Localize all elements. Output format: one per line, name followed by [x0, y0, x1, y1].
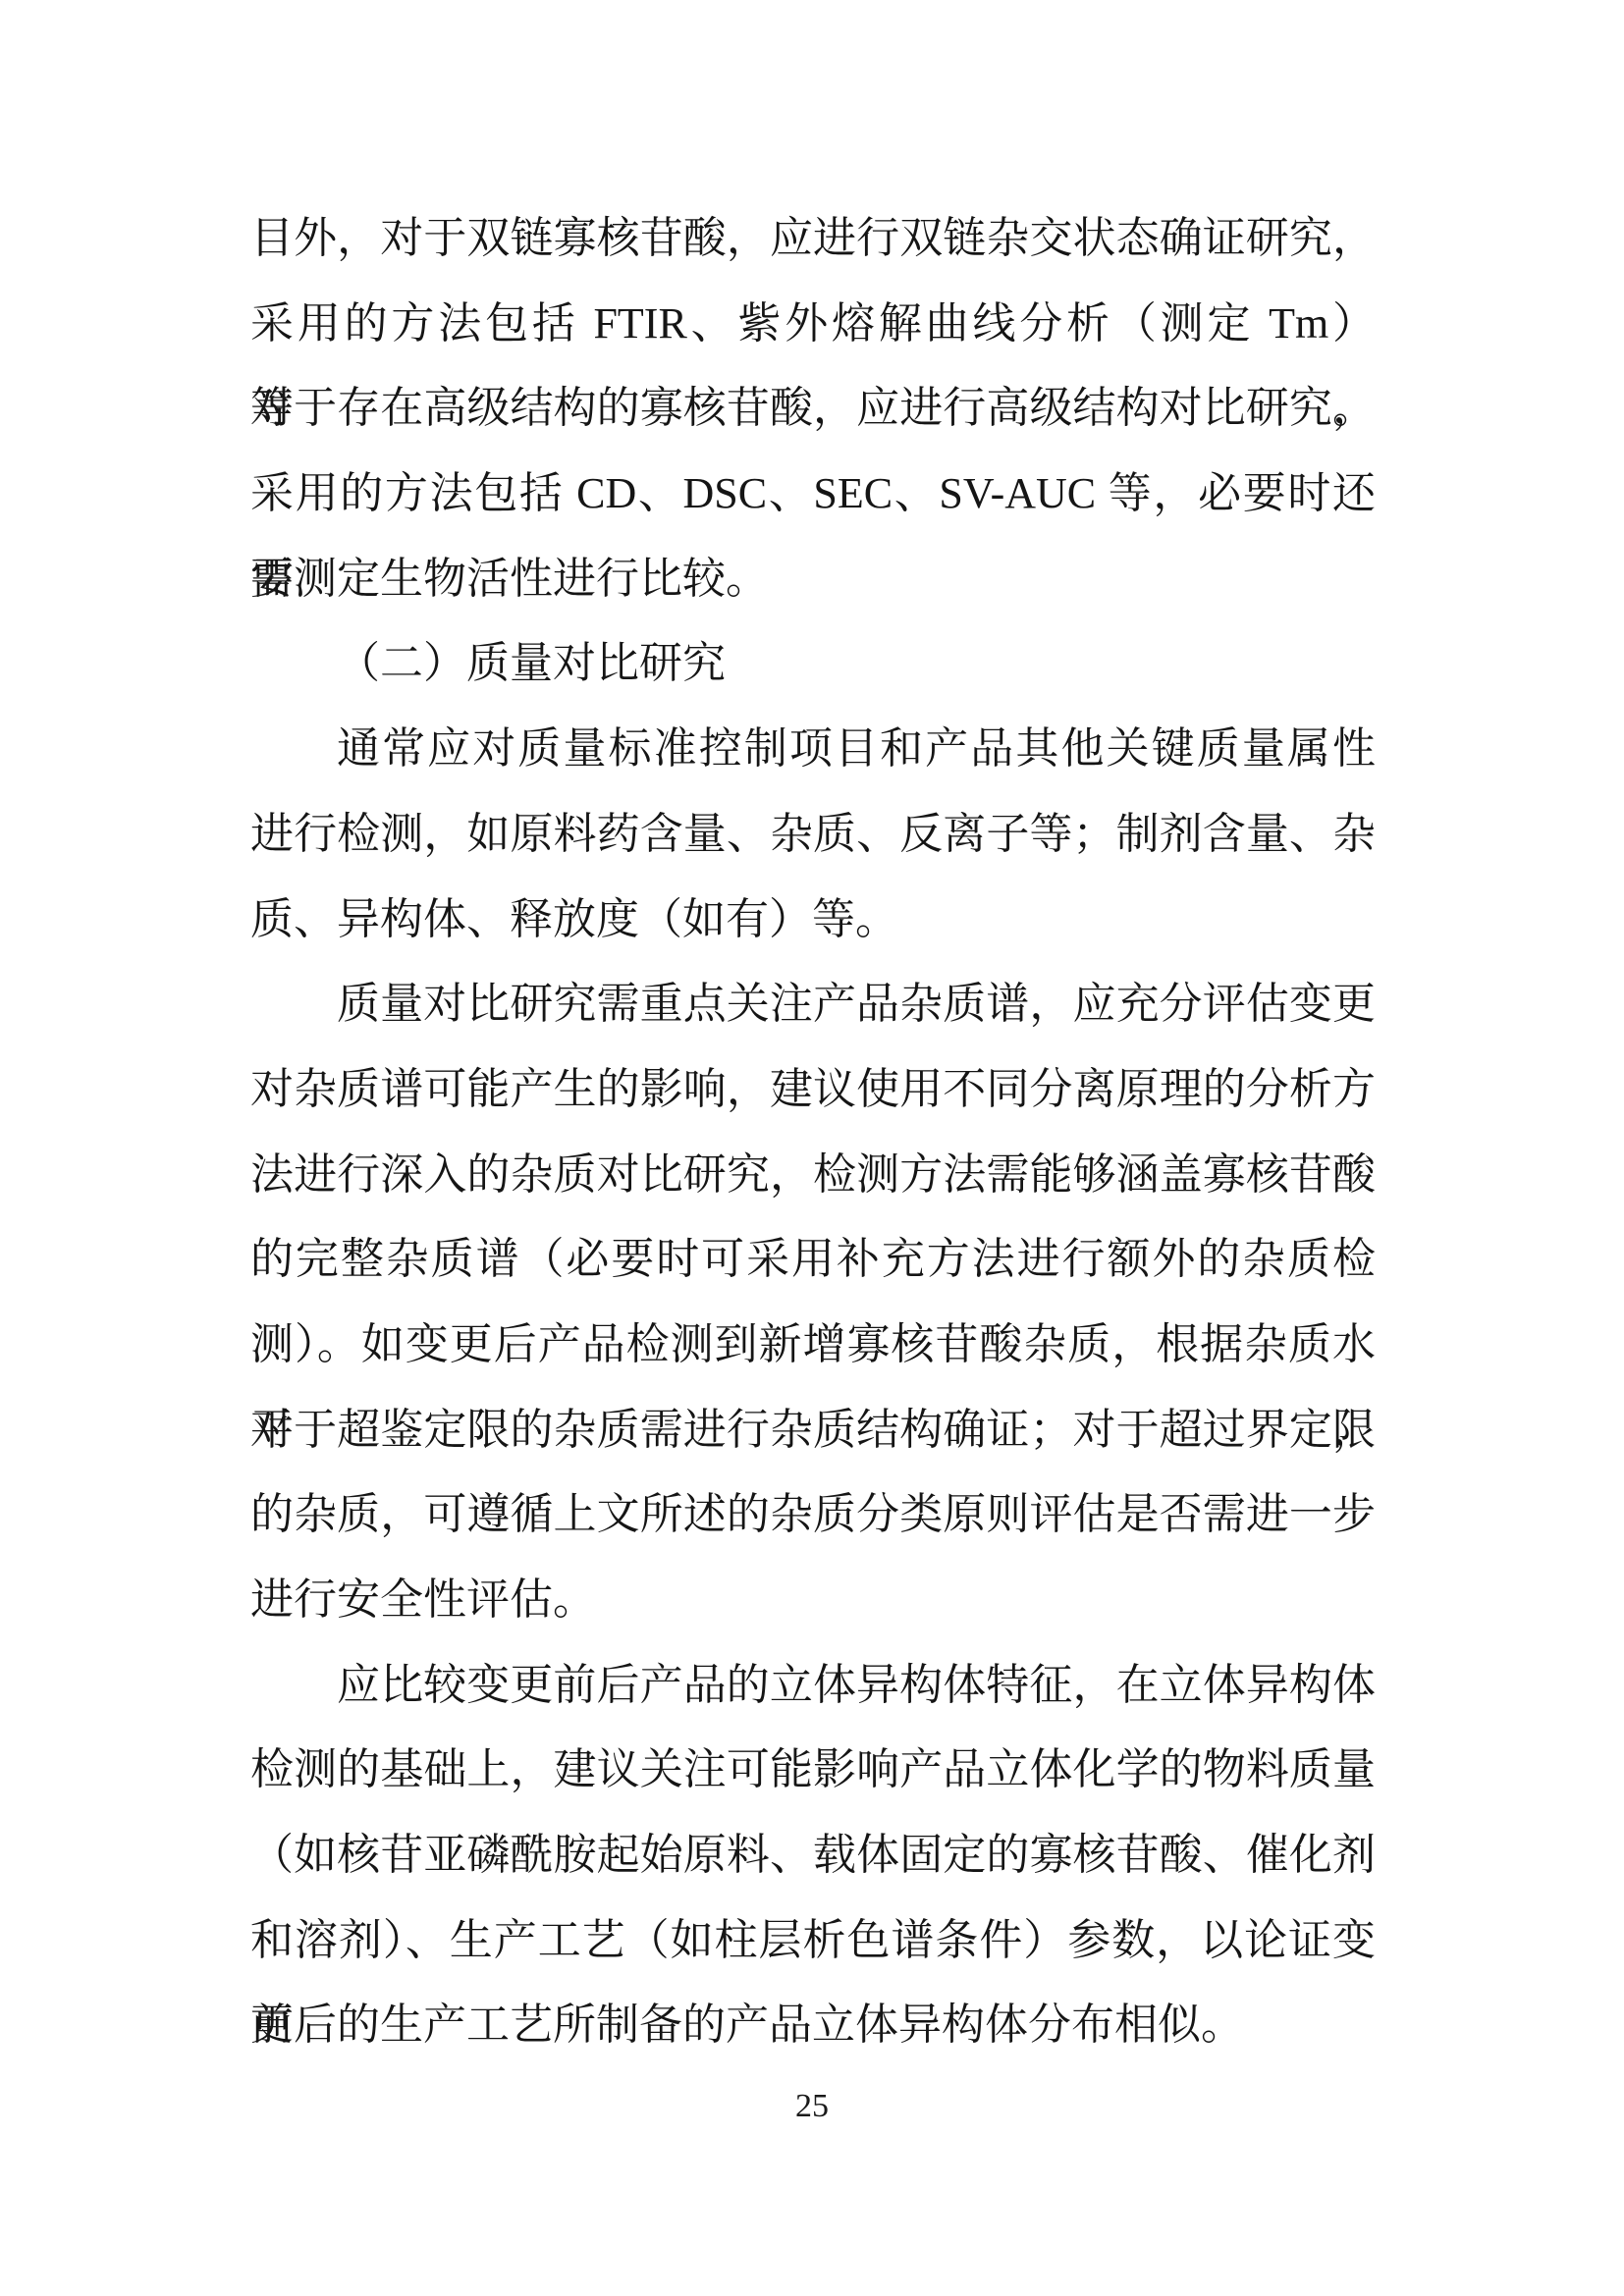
text-line: 的完整杂质谱（必要时可采用补充方法进行额外的杂质检	[250, 1217, 1376, 1303]
text-line: 前后的生产工艺所制备的产品立体异构体分布相似。	[250, 1983, 1376, 2068]
text-line: 采用的方法包括 FTIR、紫外熔解曲线分析（测定 Tm）等。	[250, 282, 1376, 367]
text-line: 通常应对质量标准控制项目和产品其他关键质量属性	[250, 707, 1376, 792]
text-line: 对于超鉴定限的杂质需进行杂质结构确证；对于超过界定限	[250, 1388, 1376, 1473]
text-line: 应比较变更前后产品的立体异构体特征，在立体异构体	[250, 1643, 1376, 1729]
text-line: 目外，对于双链寡核苷酸，应进行双链杂交状态确证研究，	[250, 196, 1376, 282]
text-line: 的杂质，可遵循上文所述的杂质分类原则评估是否需进一步	[250, 1472, 1376, 1558]
text-line: 进行检测，如原料药含量、杂质、反离子等；制剂含量、杂	[250, 792, 1376, 878]
text-line: 要测定生物活性进行比较。	[250, 537, 1376, 622]
text-line: 对于存在高级结构的寡核苷酸，应进行高级结构对比研究，	[250, 366, 1376, 452]
document-page: 目外，对于双链寡核苷酸，应进行双链杂交状态确证研究， 采用的方法包括 FTIR、…	[0, 0, 1624, 2296]
section-heading: （二）质量对比研究	[250, 621, 1376, 707]
page-number: 25	[0, 2089, 1624, 2124]
text-line: 进行安全性评估。	[250, 1558, 1376, 1643]
text-line: 法进行深入的杂质对比研究，检测方法需能够涵盖寡核苷酸	[250, 1133, 1376, 1218]
text-line: 采用的方法包括 CD、DSC、SEC、SV-AUC 等，必要时还需	[250, 452, 1376, 537]
text-line: 检测的基础上，建议关注可能影响产品立体化学的物料质量	[250, 1728, 1376, 1813]
text-line: 对杂质谱可能产生的影响，建议使用不同分离原理的分析方	[250, 1047, 1376, 1133]
text-line: （如核苷亚磷酰胺起始原料、载体固定的寡核苷酸、催化剂	[250, 1813, 1376, 1898]
text-line: 质、异构体、释放度（如有）等。	[250, 878, 1376, 963]
text-line: 测）。如变更后产品检测到新增寡核苷酸杂质，根据杂质水平，	[250, 1303, 1376, 1388]
text-line: 质量对比研究需重点关注产品杂质谱，应充分评估变更	[250, 962, 1376, 1047]
text-line: 和溶剂）、生产工艺（如柱层析色谱条件）参数，以论证变更	[250, 1898, 1376, 1984]
document-body: 目外，对于双链寡核苷酸，应进行双链杂交状态确证研究， 采用的方法包括 FTIR、…	[250, 196, 1376, 2068]
